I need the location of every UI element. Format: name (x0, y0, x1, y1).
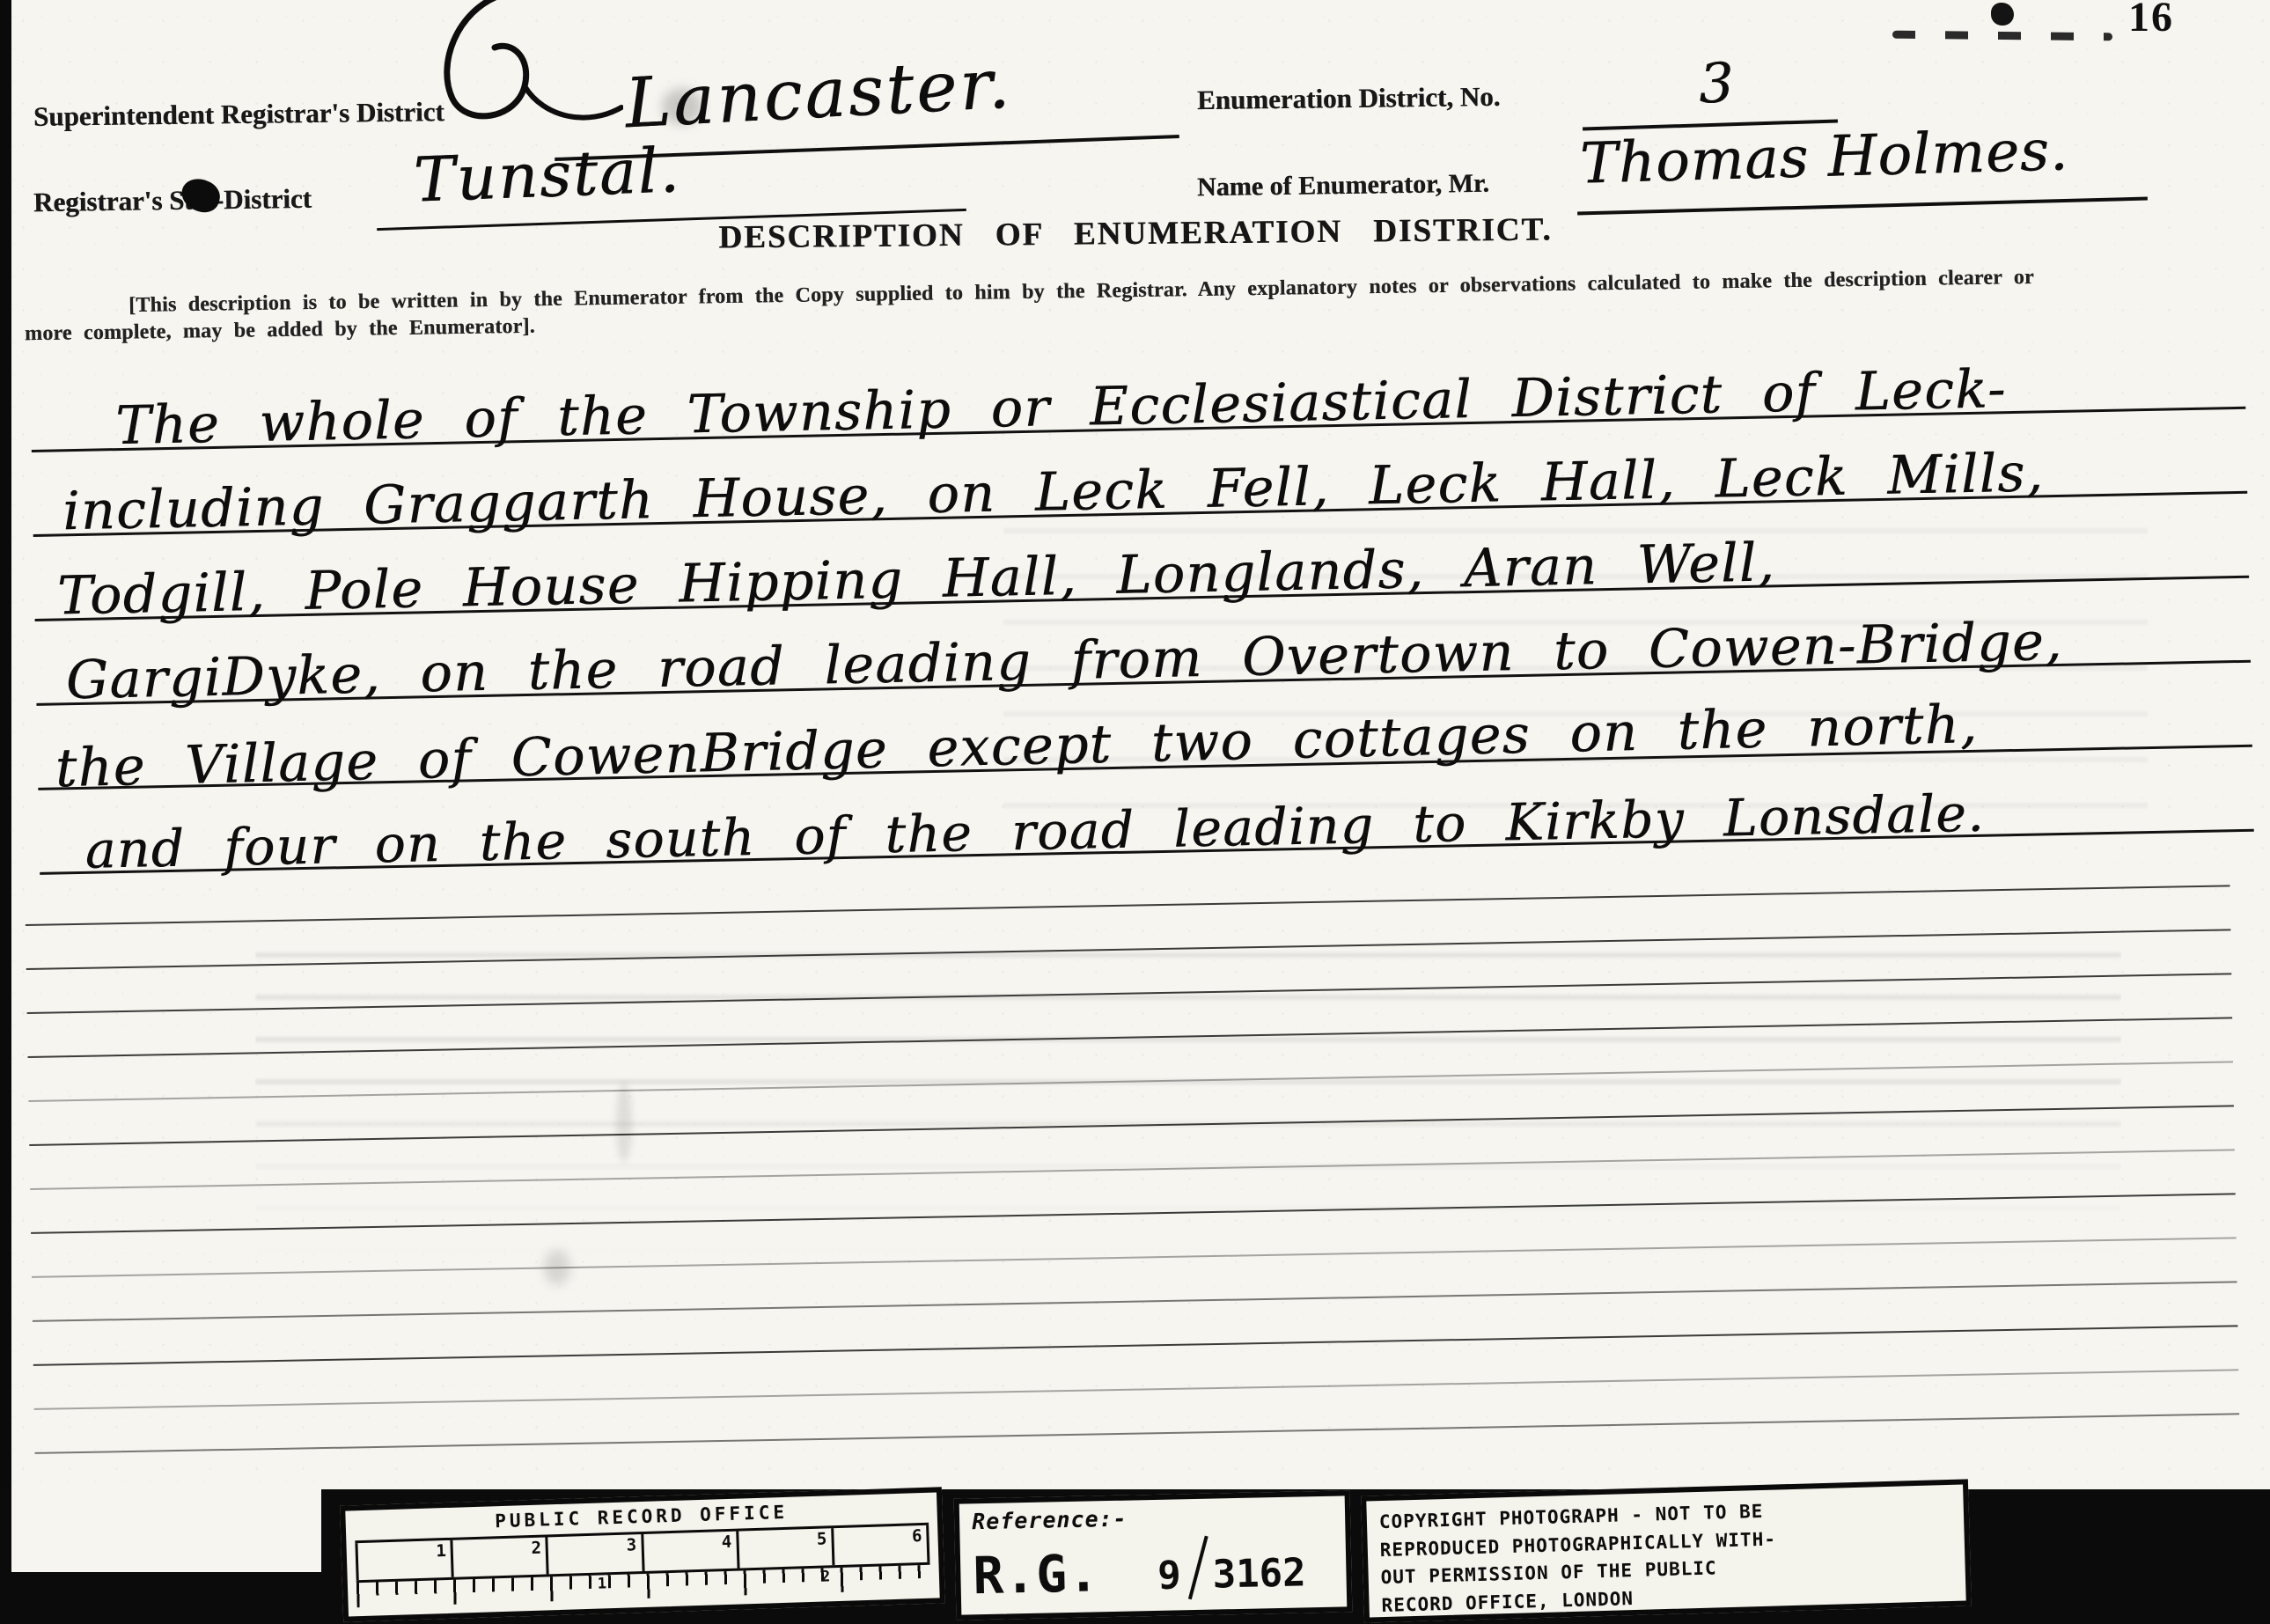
reference-piece: 3162 (1212, 1552, 1306, 1597)
ruler-number: 6 (912, 1526, 922, 1546)
page-number: 16 (2128, 0, 2174, 41)
copyright-stamp: COPYRIGHT PHOTOGRAPH - NOT TO BE REPRODU… (1361, 1479, 1972, 1622)
ruler-cell: 1 (355, 1540, 453, 1580)
enumerator-name-label: Name of Enumerator, Mr. (1197, 169, 1489, 203)
enumerator-name-underline (1577, 197, 2148, 216)
sub-district-value: Tunstal. (413, 134, 682, 217)
ruler-number: 2 (821, 1568, 831, 1585)
scan-left-edge (0, 0, 11, 1624)
public-record-office-stamp: PUBLIC RECORD OFFICE 1 2 3 4 5 6 1 2 (340, 1487, 945, 1621)
ruler-cell: 6 (834, 1525, 929, 1565)
reference-stamp: Reference:- R.G. 9 3162 (954, 1490, 1353, 1620)
paper-corner (11, 1489, 321, 1572)
census-form-scan: 16 Superintendent Registrar's District L… (0, 0, 2270, 1624)
ruler-cell: 5 (738, 1528, 834, 1568)
ruler-cell: 3 (548, 1534, 644, 1574)
enumeration-district-label: Enumeration District, No. (1197, 81, 1501, 116)
ruler-cell: 2 (453, 1537, 549, 1576)
ruler-number: 2 (531, 1539, 541, 1558)
enumeration-district-value: 3 (1698, 50, 1735, 115)
ink-mark-artifact (1991, 3, 2014, 26)
ruler-number: 1 (598, 1575, 607, 1592)
sub-district-label: Registrar's Sub-District (33, 183, 312, 218)
pen-dashes-artifact (1892, 31, 2112, 41)
reference-series: R.G. (973, 1547, 1100, 1601)
ruler-cell: 4 (643, 1532, 739, 1571)
enumerator-name-value: Thomas Holmes. (1579, 118, 2069, 196)
reference-number: R.G. 9 3162 (973, 1532, 1334, 1602)
reference-label: Reference:- (972, 1502, 1333, 1535)
bleed-through-artifact (1003, 493, 2148, 827)
ruler-number: 1 (436, 1541, 446, 1561)
instructions-line-1: [This description is to be written in by… (129, 266, 2034, 318)
reference-slash (1188, 1536, 1208, 1600)
bleed-through-artifact (255, 921, 2121, 1273)
ruler-number: 3 (626, 1535, 636, 1554)
superintendent-district-value: Lancaster. (623, 45, 1014, 144)
pen-flourish (421, 0, 623, 144)
section-title: DESCRIPTION OF ENUMERATION DISTRICT. (718, 210, 1553, 256)
ruler-number: 4 (721, 1532, 731, 1552)
superintendent-district-label: Superintendent Registrar's District (33, 96, 444, 133)
ruler-number: 5 (817, 1529, 827, 1548)
reference-class: 9 (1157, 1554, 1182, 1598)
instructions-line-2: more complete, may be added by the Enume… (25, 315, 535, 347)
